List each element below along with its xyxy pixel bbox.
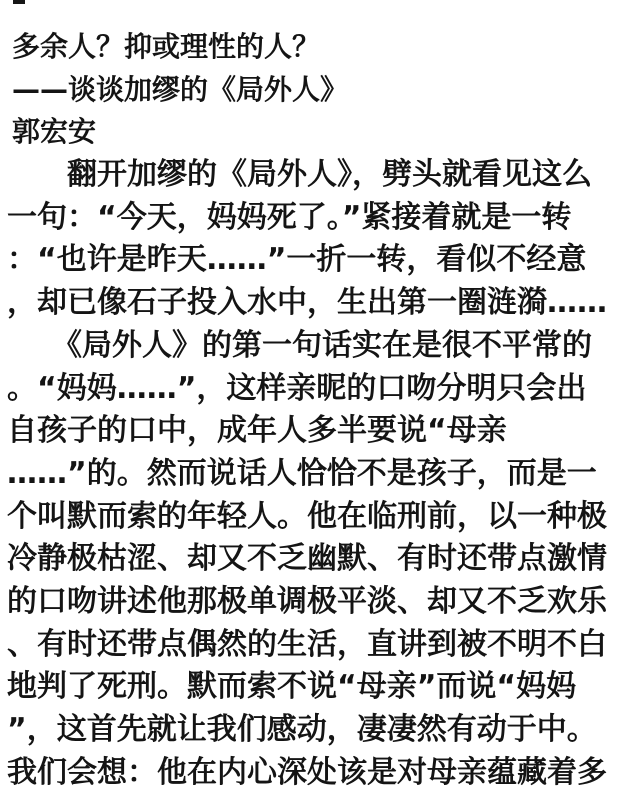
- text-line: 自孩子的口中，成年人多半要说“母亲: [0, 410, 621, 453]
- article-body: 翻开加缪的《局外人》，劈头就看见这么一句：“今天，妈妈死了。”紧接着就是一转：“…: [0, 154, 621, 794]
- text-line: 翻开加缪的《局外人》，劈头就看见这么: [0, 154, 621, 197]
- article: 多余人？抑或理性的人？ ——谈谈加缪的《局外人》 郭宏安 翻开加缪的《局外人》，…: [0, 26, 621, 794]
- text-line: 、有时还带点偶然的生活，直讲到被不明不白: [0, 624, 621, 667]
- text-line: ，却已像石子投入水中，生出第一圈涟漪……: [0, 282, 621, 325]
- article-subtitle: ——谈谈加缪的《局外人》: [0, 69, 621, 112]
- text-line: 《局外人》的第一句话实在是很不平常的: [0, 325, 621, 368]
- text-line: 。“妈妈……”，这样亲昵的口吻分明只会出: [0, 368, 621, 411]
- text-line: 地判了死刑。默而索不说“母亲”而说“妈妈: [0, 666, 621, 709]
- text-line: 一句：“今天，妈妈死了。”紧接着就是一转: [0, 197, 621, 240]
- text-line: 的口吻讲述他那极单调极平淡、却又不乏欢乐: [0, 581, 621, 624]
- article-author: 郭宏安: [0, 111, 621, 154]
- text-line: ：“也许是昨天……”一折一转，看似不经意: [0, 239, 621, 282]
- scan-artifact-mark: [13, 0, 25, 4]
- article-title: 多余人？抑或理性的人？: [0, 26, 621, 69]
- text-line: ……”的。然而说话人恰恰不是孩子，而是一: [0, 453, 621, 496]
- text-line: 个叫默而索的年轻人。他在临刑前，以一种极: [0, 496, 621, 539]
- text-line: 冷静极枯涩、却又不乏幽默、有时还带点激情: [0, 538, 621, 581]
- text-line: 我们会想：他在内心深处该是对母亲蕴藏着多: [0, 752, 621, 795]
- document-page: 多余人？抑或理性的人？ ——谈谈加缪的《局外人》 郭宏安 翻开加缪的《局外人》，…: [0, 0, 621, 799]
- text-line: ”，这首先就让我们感动，凄凄然有动于中。: [0, 709, 621, 752]
